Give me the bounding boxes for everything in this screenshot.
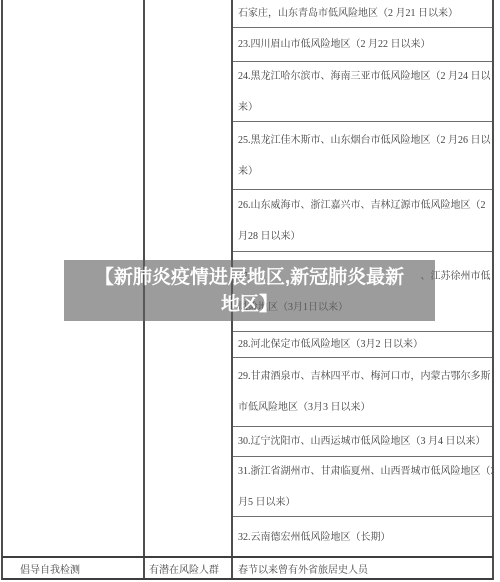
risk-area-item: 24.黑龙江哈尔滨市、海南三亚市低风险地区（2 月24 日以 来） [233, 62, 492, 122]
risk-area-item: 石家庄，山东青岛市低风险地区（2 月21 日以来） [233, 0, 492, 28]
risk-area-item: 28.河北保定市低风险地区（3月2 日以来） [233, 332, 492, 358]
risk-area-item: 26.山东威海市、浙江嘉兴市、吉林辽源市低风险地区（2 月28 日以来） [233, 190, 492, 252]
risk-area-item: 25.黑龙江佳木斯市、山东烟台市低风险地区（2 月26 日以 来） [233, 122, 492, 190]
risk-area-item: 31.浙江省湖州市、甘肃临夏州、山西晋城市低风险地区（3 月5 日以来） [233, 457, 492, 517]
cell-self-test-label: 倡导自我检测 [4, 558, 157, 578]
risk-area-item: 30.辽宁沈阳市、山西运城市低风险地区（3 月4 日以来） [233, 427, 492, 457]
table-border-right [492, 0, 494, 580]
risk-area-item: 23.四川眉山市低风险地区（2 月22 日以来） [233, 28, 492, 62]
cell-travel-history-label: 春节以来曾有外省旅居史人员 [233, 558, 495, 578]
overlay-caption: 【新肺炎疫情进展地区,新冠肺炎最新 地区】 [64, 260, 435, 321]
risk-area-item: 29.甘肃酒泉市、吉林四平市、梅河口市，内蒙古鄂尔多斯 市低风险地区（3月3 日… [233, 358, 492, 427]
cell-risk-group-label: 有潜在风险人群 [145, 558, 233, 578]
risk-area-item: 32.云南德宏州低风险地区（长期） [233, 517, 492, 558]
table-border-bottom [2, 578, 493, 580]
overlay-caption-title: 【新肺炎疫情进展地区,新冠肺炎最新 地区】 [95, 264, 404, 318]
table-border-left [1, 0, 3, 580]
scanned-risk-area-table: 石家庄，山东青岛市低风险地区（2 月21 日以来）23.四川眉山市低风险地区（2… [0, 0, 500, 582]
